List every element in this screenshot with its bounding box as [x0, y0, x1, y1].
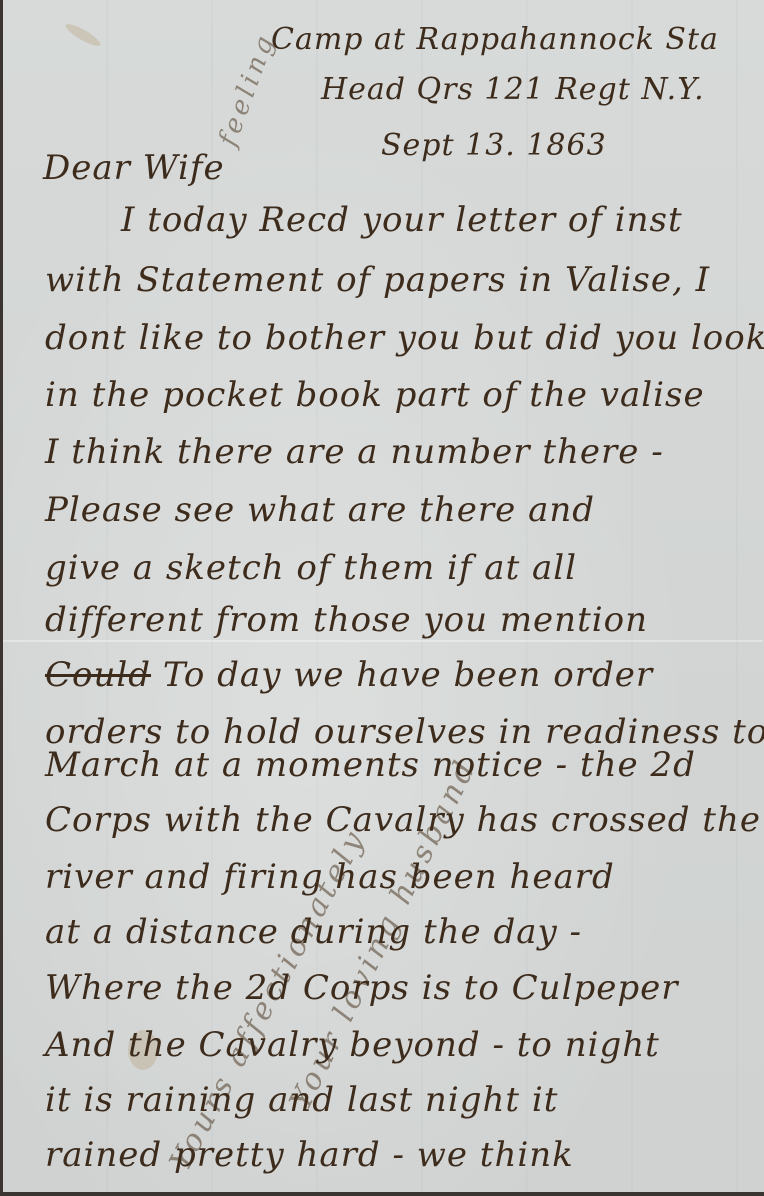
- letter-line: at a distance during the day -: [45, 912, 582, 952]
- letter-line: it is raining and last night it: [45, 1080, 558, 1120]
- letter-page: Yours affectionately Your loving husband…: [0, 0, 764, 1196]
- letter-line-text: To day we have been order: [163, 655, 653, 695]
- paper-stain: [63, 21, 103, 50]
- letter-place: Camp at Rappahannock Sta: [271, 22, 719, 57]
- letter-line: different from those you mention: [45, 600, 648, 640]
- struck-word: Could: [45, 655, 151, 695]
- letter-date: Sept 13. 1863: [381, 128, 607, 163]
- letter-line: river and firing has been heard: [45, 857, 615, 897]
- letter-line: I think there are a number there -: [45, 432, 664, 472]
- letter-line: I today Recd your letter of inst: [121, 200, 683, 240]
- letter-line: Corps with the Cavalry has crossed the: [45, 800, 761, 840]
- letter-line: with Statement of papers in Valise, I: [45, 260, 710, 300]
- letter-line: And the Cavalry beyond - to night: [45, 1025, 660, 1065]
- letter-line: Where the 2d Corps is to Culpeper: [45, 968, 678, 1008]
- letter-line: give a sketch of them if at all: [45, 548, 577, 588]
- letter-line: March at a moments notice - the 2d: [45, 745, 696, 785]
- letter-line: rained pretty hard - we think: [45, 1135, 574, 1175]
- letter-line: in the pocket book part of the valise: [45, 375, 705, 415]
- letter-line: Please see what are there and: [45, 490, 595, 530]
- paper-fold: [3, 640, 763, 642]
- letter-line-with-strike: Could To day we have been order: [45, 655, 653, 695]
- salutation: Dear Wife: [43, 148, 225, 188]
- letter-line: dont like to bother you but did you look: [45, 318, 764, 358]
- letter-unit: Head Qrs 121 Regt N.Y.: [321, 72, 705, 107]
